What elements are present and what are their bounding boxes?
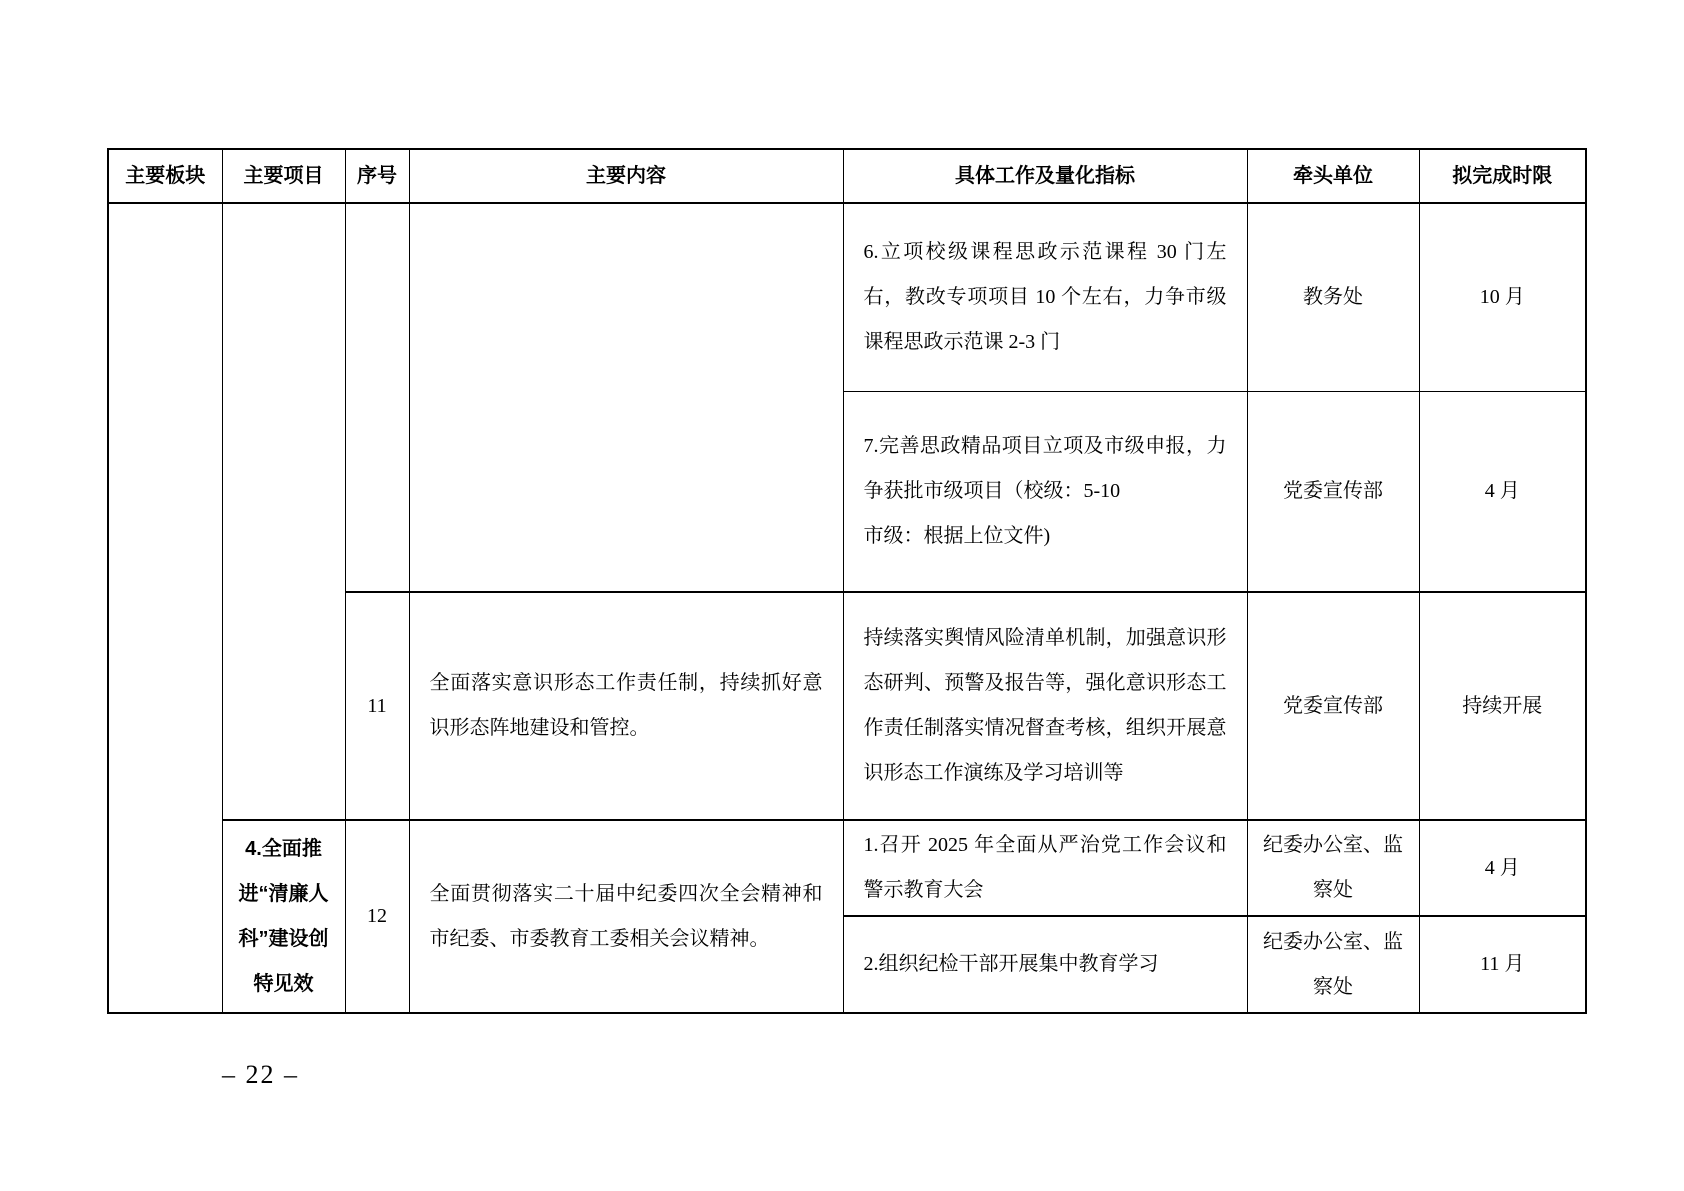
cell-serial-blank bbox=[345, 203, 409, 592]
cell-lead-unit: 党委宣传部 bbox=[1247, 592, 1419, 820]
cell-deadline: 10 月 bbox=[1419, 203, 1586, 391]
table-row-work-6: 6.立项校级课程思政示范课程 30 门左右，教改专项项目 10 个左右，力争市级… bbox=[108, 203, 1586, 391]
work-plan-table: 主要板块 主要项目 序号 主要内容 具体工作及量化指标 牵头单位 拟完成时限 6… bbox=[107, 148, 1587, 1014]
cell-lead-unit: 党委宣传部 bbox=[1247, 391, 1419, 592]
col-header-lead-unit: 牵头单位 bbox=[1247, 149, 1419, 203]
cell-deadline: 4 月 bbox=[1419, 391, 1586, 592]
cell-content-blank bbox=[409, 203, 843, 592]
document-page: 主要板块 主要项目 序号 主要内容 具体工作及量化指标 牵头单位 拟完成时限 6… bbox=[0, 0, 1684, 1191]
cell-project-4: 4.全面推 进“清廉人 科”建设创 特见效 bbox=[222, 820, 345, 1013]
cell-deadline: 11 月 bbox=[1419, 916, 1586, 1013]
col-header-deadline: 拟完成时限 bbox=[1419, 149, 1586, 203]
cell-lead-unit: 纪委办公室、监察处 bbox=[1247, 916, 1419, 1013]
cell-work-item-7: 7.完善思政精品项目立项及市级申报，力争获批市级项目（校级：5-10 市级：根据… bbox=[843, 391, 1247, 592]
cell-deadline: 4 月 bbox=[1419, 820, 1586, 916]
cell-project-blank bbox=[222, 203, 345, 820]
cell-work-item-12-1: 1.召开 2025 年全面从严治党工作会议和警示教育大会 bbox=[843, 820, 1247, 916]
header-row: 主要板块 主要项目 序号 主要内容 具体工作及量化指标 牵头单位 拟完成时限 bbox=[108, 149, 1586, 203]
cell-deadline: 持续开展 bbox=[1419, 592, 1586, 820]
cell-main-content-11: 全面落实意识形态工作责任制，持续抓好意识形态阵地建设和管控。 bbox=[409, 592, 843, 820]
cell-main-section-blank bbox=[108, 203, 222, 1013]
col-header-main-content: 主要内容 bbox=[409, 149, 843, 203]
cell-work-item-11: 持续落实舆情风险清单机制，加强意识形态研判、预警及报告等，强化意识形态工作责任制… bbox=[843, 592, 1247, 820]
cell-lead-unit: 教务处 bbox=[1247, 203, 1419, 391]
cell-serial-12: 12 bbox=[345, 820, 409, 1013]
col-header-work-indicators: 具体工作及量化指标 bbox=[843, 149, 1247, 203]
cell-lead-unit: 纪委办公室、监察处 bbox=[1247, 820, 1419, 916]
cell-work-item-12-2: 2.组织纪检干部开展集中教育学习 bbox=[843, 916, 1247, 1013]
cell-main-content-12: 全面贯彻落实二十届中纪委四次全会精神和市纪委、市委教育工委相关会议精神。 bbox=[409, 820, 843, 1013]
col-header-main-project: 主要项目 bbox=[222, 149, 345, 203]
col-header-serial: 序号 bbox=[345, 149, 409, 203]
col-header-main-section: 主要板块 bbox=[108, 149, 222, 203]
page-number: – 22 – bbox=[222, 1060, 299, 1090]
table-row-serial-12-sub-1: 4.全面推 进“清廉人 科”建设创 特见效 12 全面贯彻落实二十届中纪委四次全… bbox=[108, 820, 1586, 916]
cell-work-item-6: 6.立项校级课程思政示范课程 30 门左右，教改专项项目 10 个左右，力争市级… bbox=[843, 203, 1247, 391]
cell-serial-11: 11 bbox=[345, 592, 409, 820]
